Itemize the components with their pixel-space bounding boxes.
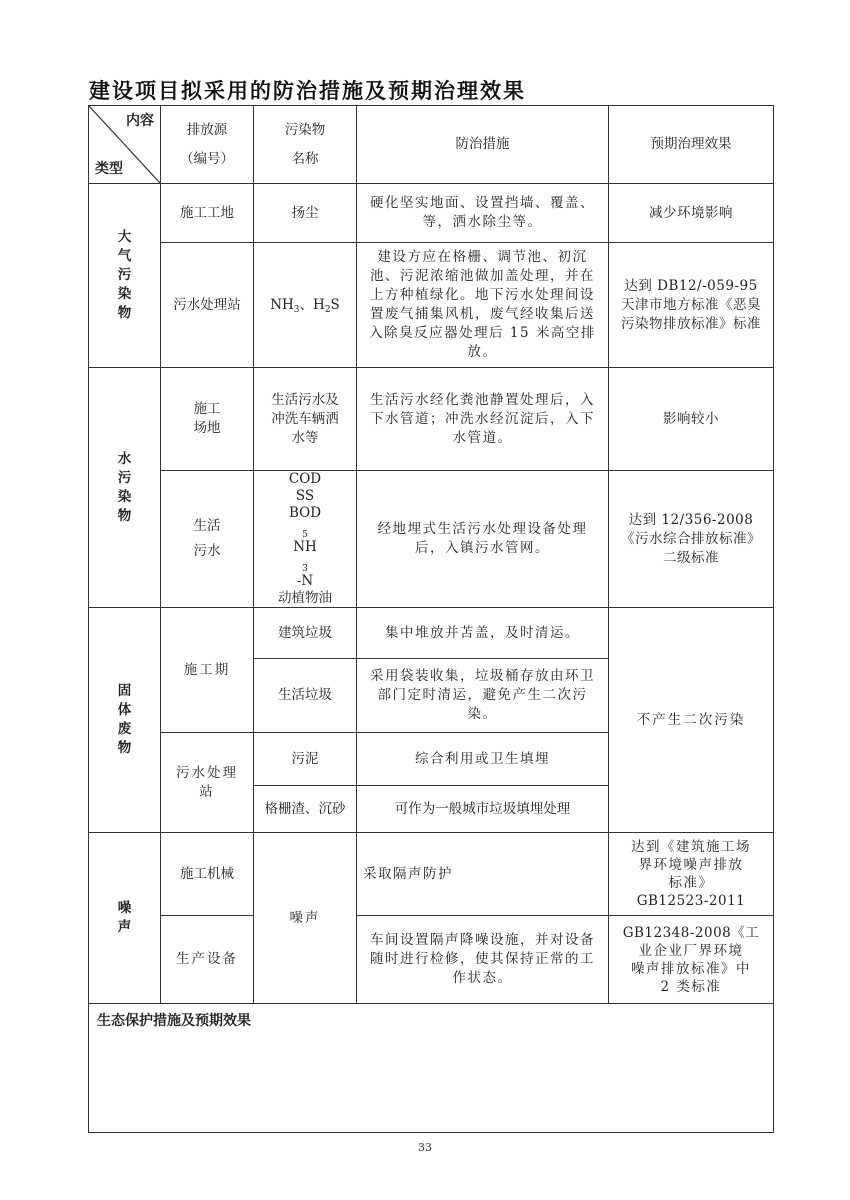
header-source-line2: （编号） (167, 150, 247, 169)
source-line: 污水处理 (167, 764, 247, 783)
effect-line: GB12348-2008《工 (615, 924, 767, 942)
eco-section-label: 生态保护措施及预期效果 (97, 1012, 765, 1031)
pollutant-cell: 噪声 (254, 833, 357, 1004)
source-cell: 污水处理 站 (161, 733, 254, 833)
header-pollutant: 污染物 名称 (254, 106, 357, 184)
category-char: 固 (95, 682, 154, 701)
category-water: 水 污 染 物 (89, 368, 161, 608)
effect-line: 达到《建筑施工场 (615, 838, 767, 856)
source-line: 场地 (167, 419, 247, 438)
pollutant-text: 、H (300, 297, 325, 313)
pollutant-text: NH (270, 297, 294, 313)
source-line: 污水 (167, 542, 247, 561)
category-char: 体 (95, 701, 154, 720)
header-source: 排放源 （编号） (161, 106, 254, 184)
effect-line: 标准》 (615, 874, 767, 892)
header-source-line1: 排放源 (167, 121, 247, 140)
effect-cell: GB12348-2008《工 业企业厂界环境 噪声排放标准》中 2 类标准 (609, 916, 774, 1004)
effect-cell: 减少环境影响 (609, 184, 774, 243)
source-cell: 生产设备 (161, 916, 254, 1004)
source-cell: 污水处理站 (161, 243, 254, 368)
category-char: 废 (95, 720, 154, 739)
pollutant-cell: COD SS BOD5 NH3-N 动植物油 (254, 471, 357, 608)
category-char: 水 (95, 450, 154, 469)
measure-cell: 集中堆放并苫盖，及时清运。 (357, 608, 609, 659)
header-type-label: 类型 (95, 160, 123, 179)
pollutant-line: SS (260, 488, 350, 505)
pollutant-cell: 生活污水及 冲洗车辆洒 水等 (254, 368, 357, 471)
page-number: 33 (0, 1141, 850, 1154)
pollutant-cell: NH3、H2S (254, 243, 357, 368)
source-cell: 施工 场地 (161, 368, 254, 471)
table-row: 固 体 废 物 施工期 建筑垃圾 集中堆放并苫盖，及时清运。 不产生二次污染 (89, 608, 774, 659)
effect-line: 业企业厂界环境 (615, 942, 767, 960)
source-cell: 生活 污水 (161, 471, 254, 608)
measure-cell: 采用袋装收集，垃圾桶存放由环卫部门定时清运，避免产生二次污染。 (357, 659, 609, 733)
effect-cell: 达到 12/356-2008《污水综合排放标准》二级标准 (609, 471, 774, 608)
effect-cell: 达到 DB12/-059-95 天津市地方标准《恶臭污染物排放标准》标准 (609, 243, 774, 368)
source-cell: 施工工地 (161, 184, 254, 243)
measure-cell: 综合利用或卫生填埋 (357, 733, 609, 786)
category-solid-waste: 固 体 废 物 (89, 608, 161, 833)
header-measures: 防治措施 (357, 106, 609, 184)
source-line: 生活 (167, 517, 247, 536)
header-pollutant-line1: 污染物 (260, 121, 350, 140)
category-char: 物 (95, 739, 154, 758)
source-cell: 施工期 (161, 608, 254, 733)
prevention-measures-table: 内容 类型 排放源 （编号） 污染物 名称 防治措施 预期治理效果 大 气 污 … (88, 105, 774, 1133)
pollutant-line: 冲洗车辆洒 (260, 410, 350, 429)
page-title: 建设项目拟采用的防治措施及预期治理效果 (89, 75, 526, 105)
pollutant-line: 动植物油 (260, 590, 350, 607)
category-char: 大 (95, 228, 154, 247)
header-effect: 预期治理效果 (609, 106, 774, 184)
pollutant-cell: 扬尘 (254, 184, 357, 243)
table-row: 大 气 污 染 物 施工工地 扬尘 硬化坚实地面、设置挡墙、覆盖、等，洒水除尘等… (89, 184, 774, 243)
pollutant-cell: 生活垃圾 (254, 659, 357, 733)
pollutant-line: 水等 (260, 429, 350, 448)
pollutant-cell: 格栅渣、沉砂 (254, 786, 357, 833)
category-char: 染 (95, 488, 154, 507)
pollutant-line: COD (260, 471, 350, 488)
category-char: 气 (95, 247, 154, 266)
effect-line: 噪声排放标准》中 (615, 960, 767, 978)
measure-cell: 经地埋式生活污水处理设备处理后，入镇污水管网。 (357, 471, 609, 608)
effect-line: 2 类标准 (615, 978, 767, 996)
pollutant-cell: 污泥 (254, 733, 357, 786)
effect-cell: 达到《建筑施工场 界环境噪声排放 标准》 GB12523-2011 (609, 833, 774, 916)
pollutant-cell: 建筑垃圾 (254, 608, 357, 659)
pollutant-line: NH3-N (260, 539, 350, 590)
source-line: 站 (167, 783, 247, 802)
header-pollutant-line2: 名称 (260, 150, 350, 169)
pollutant-text: S (331, 297, 340, 313)
effect-cell: 不产生二次污染 (609, 608, 774, 833)
pollutant-text: NH (260, 539, 350, 556)
source-cell: 施工机械 (161, 833, 254, 916)
pollutant-text: -N (260, 573, 350, 590)
category-noise: 噪 声 (89, 833, 161, 1004)
category-char: 物 (95, 304, 154, 323)
pollutant-text: BOD (260, 505, 350, 522)
table-row: 生活 污水 COD SS BOD5 NH3-N 动植物油 经地埋式生活污水处理设… (89, 471, 774, 608)
category-char: 噪 (95, 899, 154, 918)
measure-cell: 可作为一般城市垃圾填埋处理 (357, 786, 609, 833)
eco-section-row: 生态保护措施及预期效果 (89, 1004, 774, 1133)
pollutant-line: 生活污水及 (260, 391, 350, 410)
measure-cell: 建设方应在格栅、调节池、初沉池、污泥浓缩池做加盖处理，并在上方种植绿化。地下污水… (357, 243, 609, 368)
category-char: 污 (95, 469, 154, 488)
category-air: 大 气 污 染 物 (89, 184, 161, 368)
effect-line: 界环境噪声排放 (615, 856, 767, 874)
header-content-label: 内容 (126, 112, 154, 131)
measure-cell: 生活污水经化粪池静置处理后，入下水管道；冲洗水经沉淀后，入下水管道。 (357, 368, 609, 471)
effect-cell: 影响较小 (609, 368, 774, 471)
category-char: 污 (95, 266, 154, 285)
pollutant-line: BOD5 (260, 505, 350, 539)
source-line: 施工 (167, 400, 247, 419)
table-row: 生产设备 车间设置隔声降噪设施，并对设备随时进行检修，使其保持正常的工作状态。 … (89, 916, 774, 1004)
table-row: 水 污 染 物 施工 场地 生活污水及 冲洗车辆洒 水等 生活污水经化粪池静置处… (89, 368, 774, 471)
measure-cell: 硬化坚实地面、设置挡墙、覆盖、等，洒水除尘等。 (357, 184, 609, 243)
category-char: 声 (95, 918, 154, 937)
eco-protection-section: 生态保护措施及预期效果 (89, 1004, 774, 1133)
effect-line: GB12523-2011 (615, 892, 767, 910)
table-row: 污水处理站 NH3、H2S 建设方应在格栅、调节池、初沉池、污泥浓缩池做加盖处理… (89, 243, 774, 368)
table-row: 噪 声 施工机械 噪声 采取隔声防护 达到《建筑施工场 界环境噪声排放 标准》 … (89, 833, 774, 916)
category-char: 物 (95, 507, 154, 526)
measure-cell: 采取隔声防护 (357, 833, 609, 916)
header-diagonal-cell: 内容 类型 (89, 106, 161, 184)
measure-cell: 车间设置隔声降噪设施，并对设备随时进行检修，使其保持正常的工作状态。 (357, 916, 609, 1004)
category-char: 染 (95, 285, 154, 304)
table-header-row: 内容 类型 排放源 （编号） 污染物 名称 防治措施 预期治理效果 (89, 106, 774, 184)
